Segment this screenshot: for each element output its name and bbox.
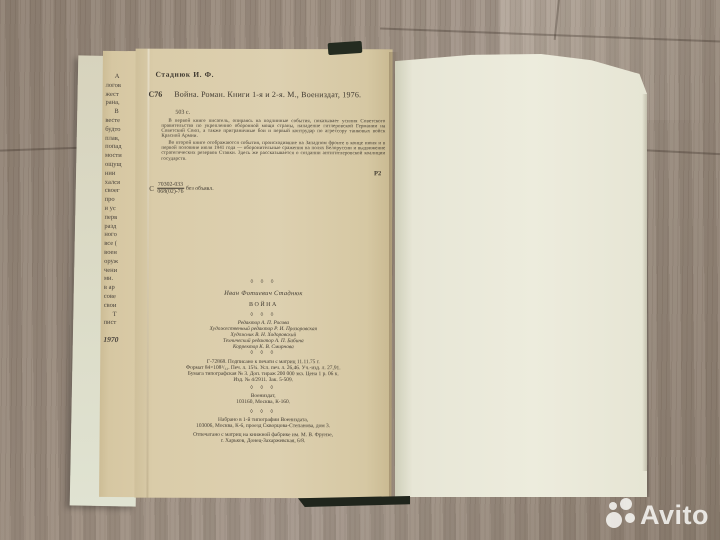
udc-index-fraction: С 70302-033 068(02)-76 без объявл.: [149, 182, 213, 195]
left-page-text-fragment: ощущ: [105, 161, 139, 170]
left-page-text-fragment: пист: [104, 319, 138, 328]
book-cover-sliver-top: [328, 41, 363, 55]
author-full-name: Иван Фотиевич Стаднюк: [135, 290, 392, 298]
annotation-paragraph-2: Во второй книге отображаются события, пр…: [161, 141, 385, 162]
catalog-entry-row: С76 Война. Роман. Книги 1-я и 2-я. М., В…: [148, 90, 376, 100]
avito-logo-dot: [625, 513, 635, 523]
annotation-paragraph-1: В первой книге писатель, опираясь на под…: [161, 119, 385, 140]
left-page-text-fragment: сове: [104, 293, 138, 302]
left-page-text-fragment: попад: [105, 143, 139, 152]
page-edge-shadow: [642, 94, 647, 471]
left-page-text-fragment: Т: [104, 310, 138, 319]
left-page-text-fragment: нии: [105, 170, 139, 179]
left-page-text-fragment: рана,: [105, 99, 139, 108]
udc-suffix: без объявл.: [186, 185, 214, 191]
book-title: ВОЙНА: [135, 302, 392, 309]
imprint-page: Стаднюк И. Ф. С76 Война. Роман. Книги 1-…: [134, 49, 392, 499]
left-page-text-fragment: перв: [104, 214, 138, 223]
left-page-text-fragment: ми.: [104, 275, 138, 284]
left-page-text-fragment: чени: [104, 266, 138, 275]
left-page-text-fragment: и ус: [105, 205, 139, 214]
printing-block: Набрано в 1-й типографии Воениздата, 103…: [135, 417, 392, 445]
left-page-text-fragment: про: [105, 196, 139, 205]
publisher-block: Воениздат, 103160, Москва, К-160.: [135, 393, 392, 406]
staff-credits: Редактор А. П. Росова Художественный ред…: [135, 320, 392, 351]
left-page-text-fragment: В: [105, 108, 139, 117]
udc-numerator: 70302-033: [157, 182, 184, 189]
udc-denominator: 068(02)-76: [157, 189, 184, 195]
avito-logo-dot: [609, 502, 617, 510]
page-count: 503 с.: [175, 110, 190, 116]
diamond-divider-icon: ◊ ◊ ◊: [135, 312, 392, 319]
left-page-year: 1970: [103, 336, 137, 345]
left-page-text-fragment: все (: [104, 240, 138, 249]
diamond-divider-icon: ◊ ◊ ◊: [135, 350, 392, 357]
tech-line: Изд. № 4/2911. Зак. 5-509.: [135, 377, 392, 384]
avito-watermark: Avito: [606, 498, 709, 534]
technical-imprint: Г-72868. Подписано к печати с матриц 11.…: [135, 359, 392, 384]
avito-wordmark: Avito: [640, 498, 709, 532]
left-page-text-fragment: весте: [105, 117, 139, 126]
publisher-address: 103160, Москва, К-160.: [135, 399, 392, 406]
blank-right-page: [395, 54, 647, 497]
avito-logo-icon: [606, 498, 640, 534]
catalog-entry: Война. Роман. Книги 1-я и 2-я. М., Воени…: [174, 90, 372, 100]
left-page-text-fragment: плав,: [105, 134, 139, 143]
catalog-code: С76: [148, 90, 162, 100]
left-page-text-fragment: оруж: [104, 258, 138, 267]
catalog-author: Стаднюк И. Ф.: [156, 70, 215, 79]
avito-logo-dot: [606, 512, 622, 528]
diamond-divider-icon: ◊ ◊ ◊: [135, 279, 392, 286]
left-page-text-fragment: ного: [104, 231, 138, 240]
printing-line: г. Харьков, Донец-Захаржевская, 6/8.: [135, 437, 392, 444]
left-page-text-fragment: хался: [105, 178, 139, 187]
annotation-block: В первой книге писатель, опираясь на под…: [161, 119, 385, 164]
left-page-text-fragment: своег: [105, 187, 139, 196]
left-page-text-fragment: будто: [105, 126, 139, 135]
left-page-text-fragment: в ар: [104, 284, 138, 293]
diamond-divider-icon: ◊ ◊ ◊: [135, 409, 392, 416]
udc-prefix: С: [149, 184, 154, 192]
udc-fraction: 70302-033 068(02)-76: [157, 182, 184, 195]
left-page-text-fragment: воен: [104, 249, 138, 258]
left-page-text-fragment: мости: [105, 152, 139, 161]
left-page-text-fragment: разд: [104, 222, 138, 231]
bbk-code: Р2: [374, 170, 381, 177]
avito-logo-dot: [620, 498, 632, 510]
diamond-divider-icon: ◊ ◊ ◊: [135, 385, 392, 392]
left-page-text-fragment: свои: [104, 302, 138, 311]
